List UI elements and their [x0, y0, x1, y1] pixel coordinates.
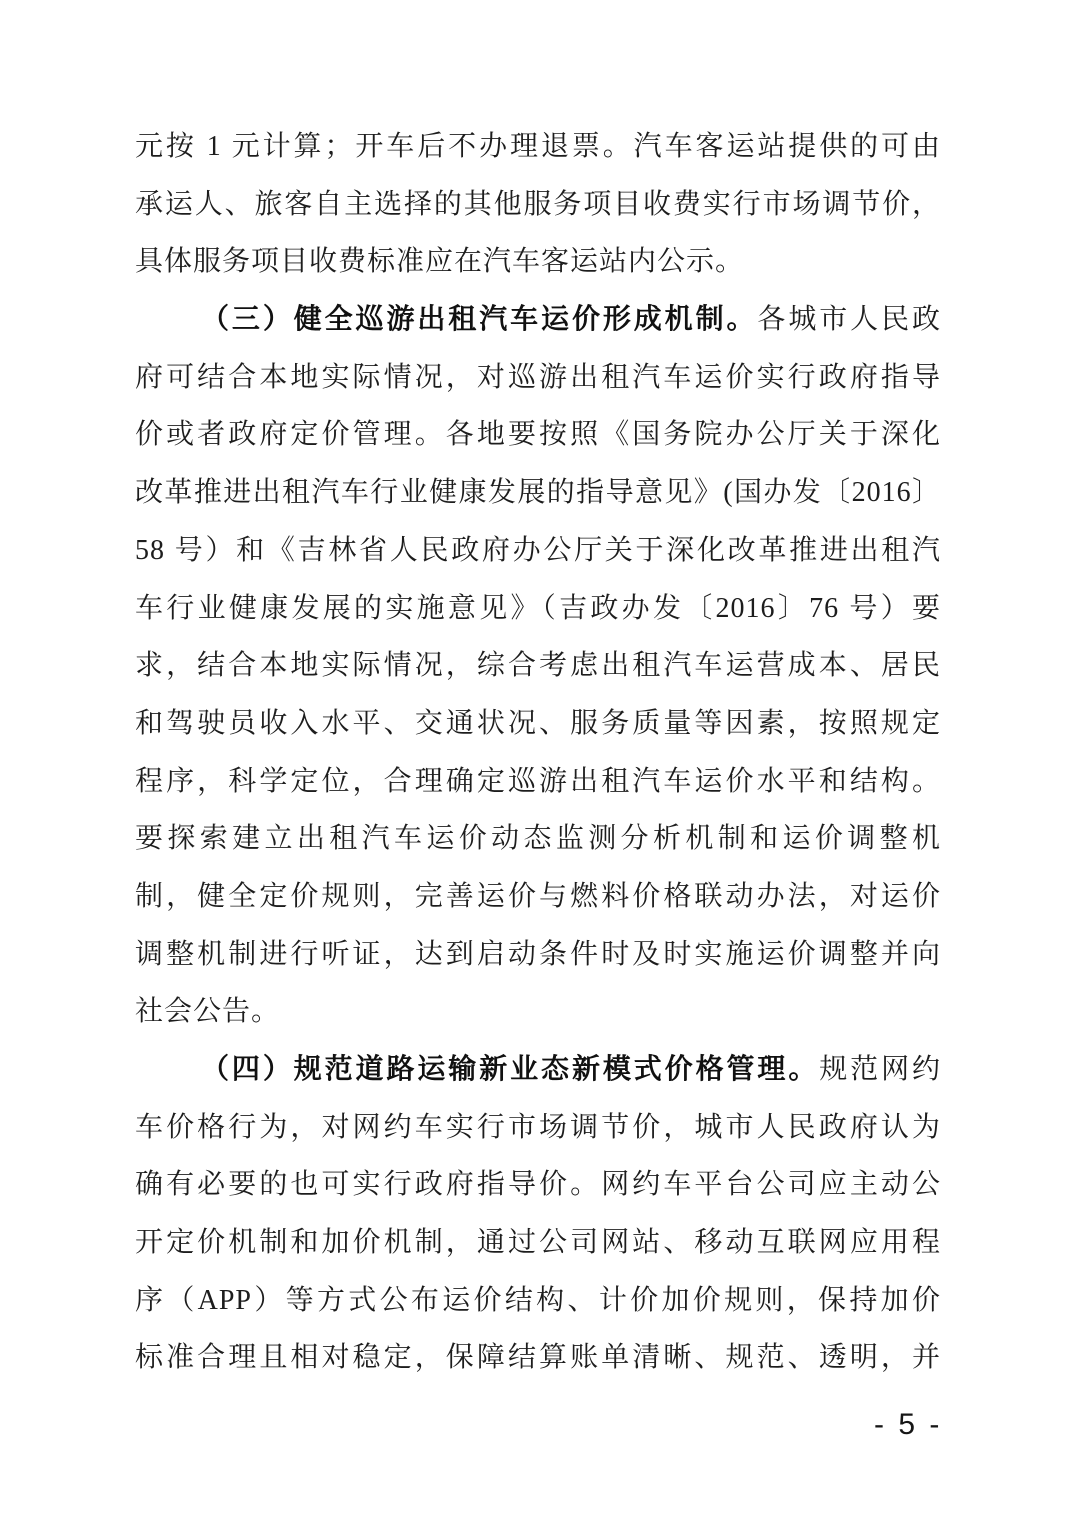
text-line: 58 号）和《吉林省人民政府办公厅关于深化改革推进出租汽	[135, 522, 941, 580]
text-line: 具体服务项目收费标准应在汽车客运站内公示。	[135, 233, 941, 291]
section-heading: （四）规范道路运输新业态新模式价格管理。	[201, 1054, 819, 1085]
text-line: 承运人、旅客自主选择的其他服务项目收费实行市场调节价，	[135, 176, 941, 234]
text-line: 程序，科学定位，合理确定巡游出租汽车运价水平和结构。	[135, 753, 941, 811]
text-line: 社会公告。	[135, 983, 941, 1041]
text-run: 各城市人民政	[757, 304, 941, 335]
text-block: 元按 1 元计算；开车后不办理退票。汽车客运站提供的可由 承运人、旅客自主选择的…	[135, 118, 941, 1387]
text-line: 元按 1 元计算；开车后不办理退票。汽车客运站提供的可由	[135, 118, 941, 176]
document-page: 元按 1 元计算；开车后不办理退票。汽车客运站提供的可由 承运人、旅客自主选择的…	[0, 0, 1080, 1540]
text-line: 制，健全定价规则，完善运价与燃料价格联动办法，对运价	[135, 868, 941, 926]
text-line: （四）规范道路运输新业态新模式价格管理。规范网约	[135, 1041, 941, 1099]
section-heading: （三）健全巡游出租汽车运价形成机制。	[201, 304, 757, 335]
page-number: - 5 -	[874, 1408, 942, 1442]
text-line: 和驾驶员收入水平、交通状况、服务质量等因素，按照规定	[135, 695, 941, 753]
text-line: 求，结合本地实际情况，综合考虑出租汽车运营成本、居民	[135, 637, 941, 695]
text-line: 标准合理且相对稳定，保障结算账单清晰、规范、透明，并	[135, 1329, 941, 1387]
text-line: 价或者政府定价管理。各地要按照《国务院办公厅关于深化	[135, 406, 941, 464]
text-line: 改革推进出租汽车行业健康发展的指导意见》(国办发〔2016〕	[135, 464, 941, 522]
text-line: 调整机制进行听证，达到启动条件时及时实施运价调整并向	[135, 926, 941, 984]
text-line: 序（APP）等方式公布运价结构、计价加价规则，保持加价	[135, 1272, 941, 1330]
text-line: （三）健全巡游出租汽车运价形成机制。各城市人民政	[135, 291, 941, 349]
text-line: 府可结合本地实际情况，对巡游出租汽车运价实行政府指导	[135, 349, 941, 407]
text-line: 开定价机制和加价机制，通过公司网站、移动互联网应用程	[135, 1214, 941, 1272]
text-line: 车行业健康发展的实施意见》（吉政办发〔2016〕76 号）要	[135, 580, 941, 638]
text-line: 确有必要的也可实行政府指导价。网约车平台公司应主动公	[135, 1156, 941, 1214]
text-run: 规范网约	[819, 1054, 941, 1085]
text-line: 车价格行为，对网约车实行市场调节价，城市人民政府认为	[135, 1099, 941, 1157]
text-line: 要探索建立出租汽车运价动态监测分析机制和运价调整机	[135, 810, 941, 868]
